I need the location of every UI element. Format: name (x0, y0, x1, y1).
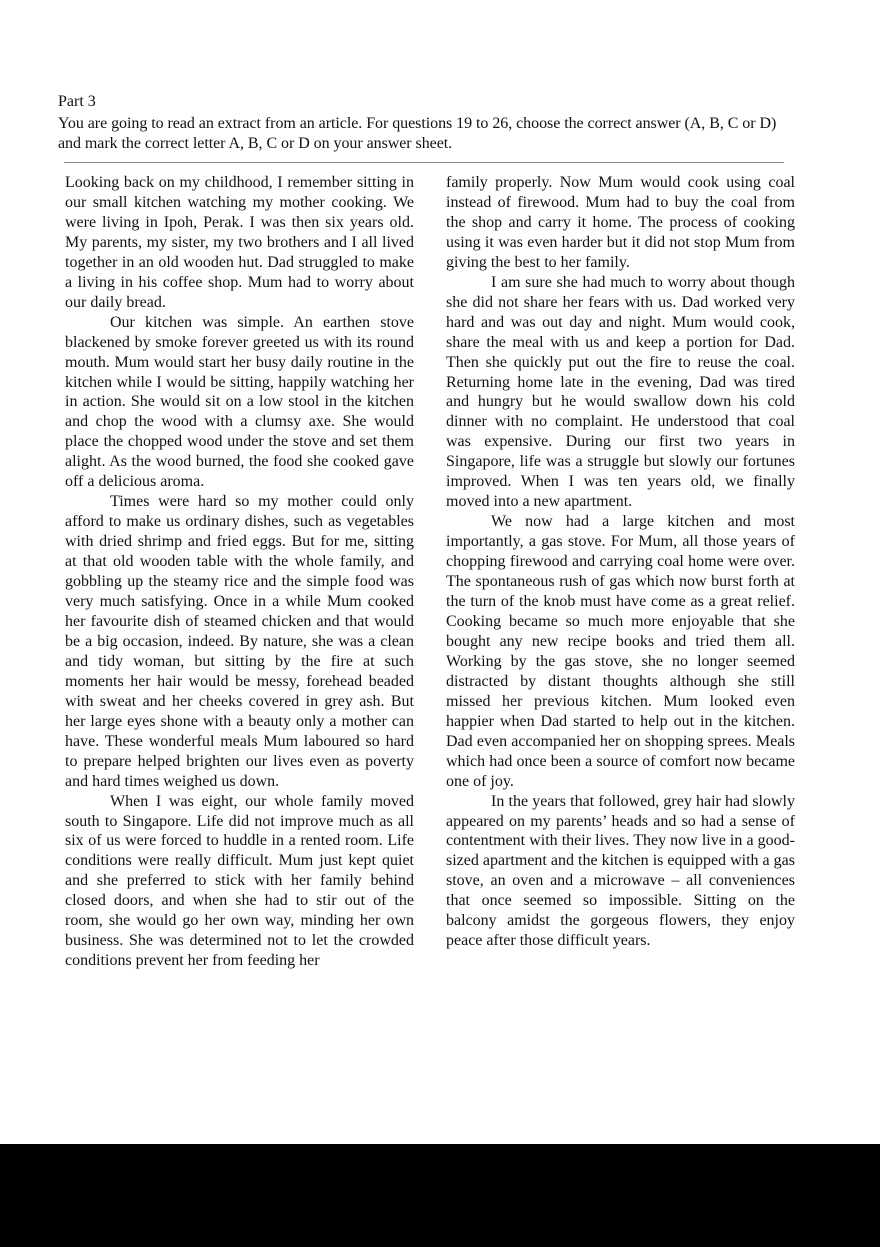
paragraph: I am sure she had much to worry about th… (446, 273, 795, 512)
bottom-black-margin (0, 1144, 880, 1247)
paragraph: Our kitchen was simple. An earthen stove… (65, 313, 414, 493)
paragraph: We now had a large kitchen and most impo… (446, 512, 795, 791)
paragraph: In the years that followed, grey hair ha… (446, 792, 795, 952)
article-column-left: Looking back on my childhood, I remember… (65, 173, 414, 971)
paragraph: Looking back on my childhood, I remember… (65, 173, 414, 313)
article-column-right: family properly. Now Mum would cook usin… (446, 173, 795, 951)
part-heading: Part 3 (58, 92, 96, 112)
document-page: Part 3 You are going to read an extract … (0, 0, 880, 1144)
paragraph: family properly. Now Mum would cook usin… (446, 173, 795, 273)
instructions-text: You are going to read an extract from an… (58, 114, 788, 154)
paragraph: Times were hard so my mother could only … (65, 492, 414, 791)
paragraph: When I was eight, our whole family moved… (65, 792, 414, 972)
divider-line (64, 162, 784, 163)
